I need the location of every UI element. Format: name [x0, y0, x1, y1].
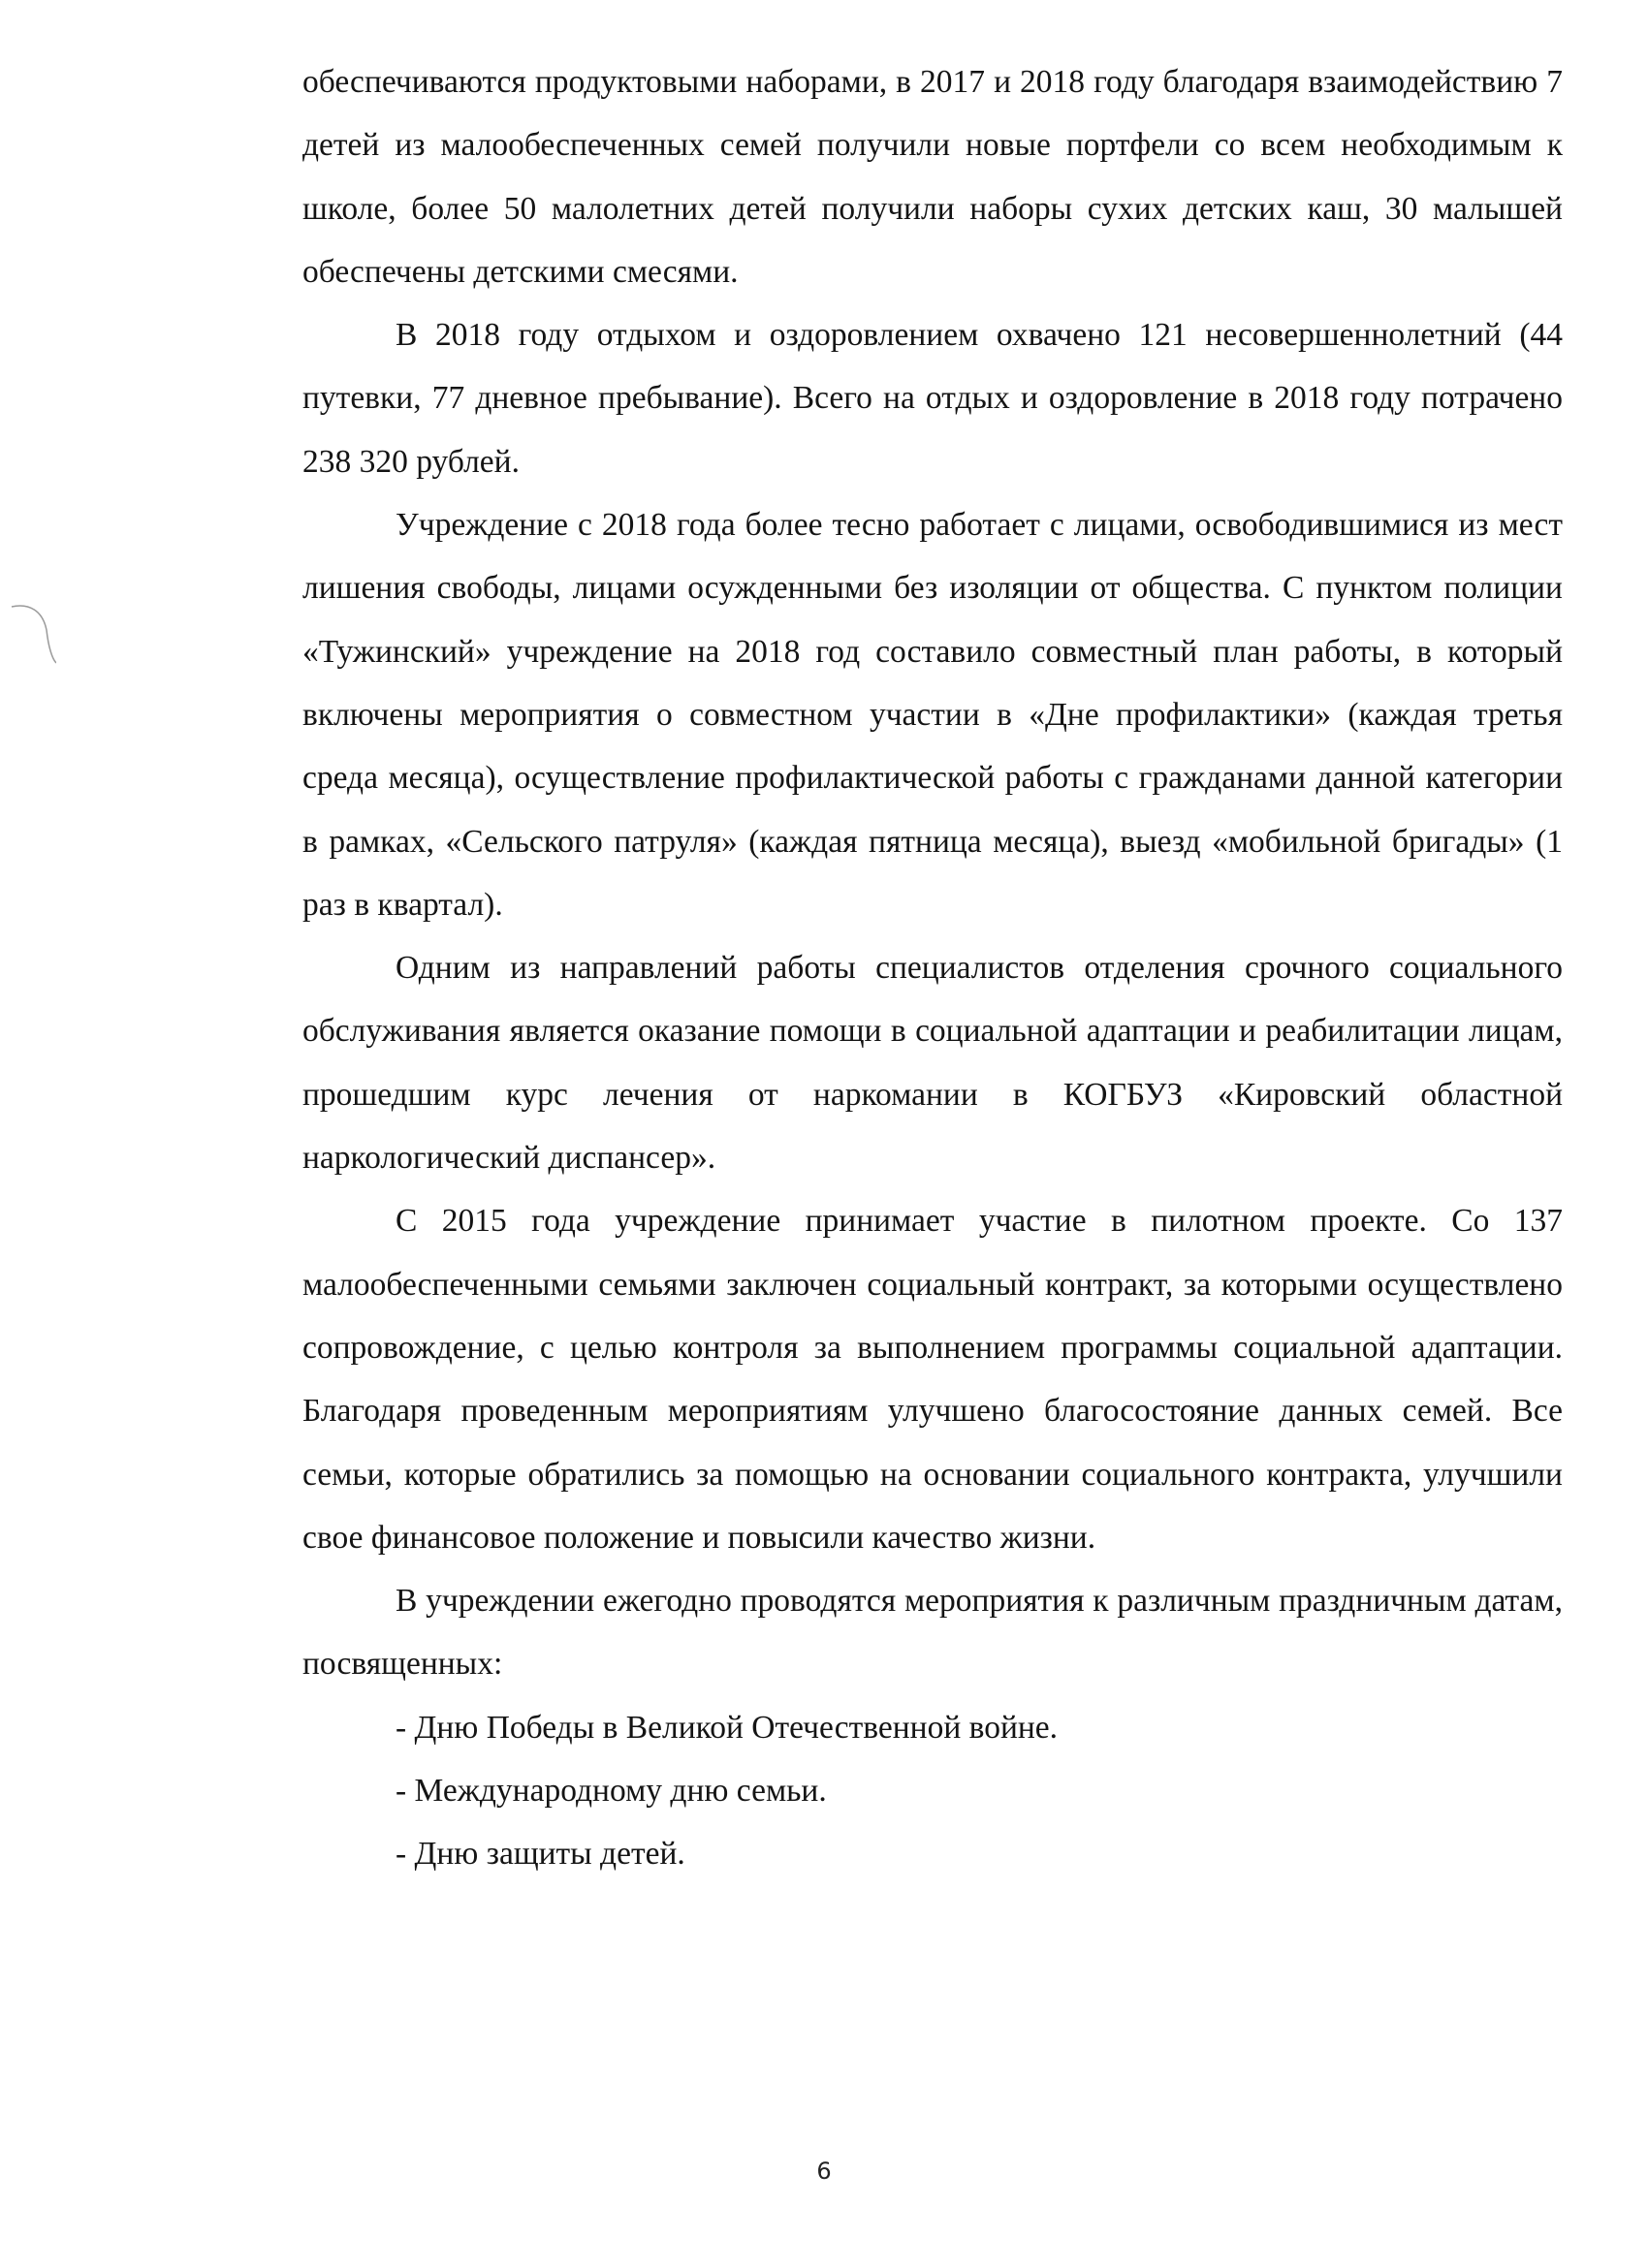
scan-artifact-mark	[10, 601, 56, 669]
paragraph-recreation-2018: В 2018 году отдыхом и оздоровлением охва…	[302, 303, 1563, 493]
document-body: обеспечиваются продуктовыми наборами, в …	[302, 50, 1563, 1886]
list-item-children-day: - Дню защиты детей.	[302, 1822, 1563, 1885]
document-page: обеспечиваются продуктовыми наборами, в …	[0, 0, 1648, 2268]
paragraph-holiday-events: В учреждении ежегодно проводятся меропри…	[302, 1569, 1563, 1696]
paragraph-pilot-project: С 2015 года учреждение принимает участие…	[302, 1189, 1563, 1569]
paragraph-rehabilitation: Одним из направлений работы специалистов…	[302, 936, 1563, 1189]
list-item-victory-day: - Дню Победы в Великой Отечественной вой…	[302, 1696, 1563, 1759]
list-item-family-day: - Международному дню семьи.	[302, 1759, 1563, 1822]
paragraph-released-persons: Учреждение с 2018 года более тесно работ…	[302, 493, 1563, 936]
page-number: 6	[0, 2158, 1648, 2185]
paragraph-food-sets: обеспечиваются продуктовыми наборами, в …	[302, 50, 1563, 303]
